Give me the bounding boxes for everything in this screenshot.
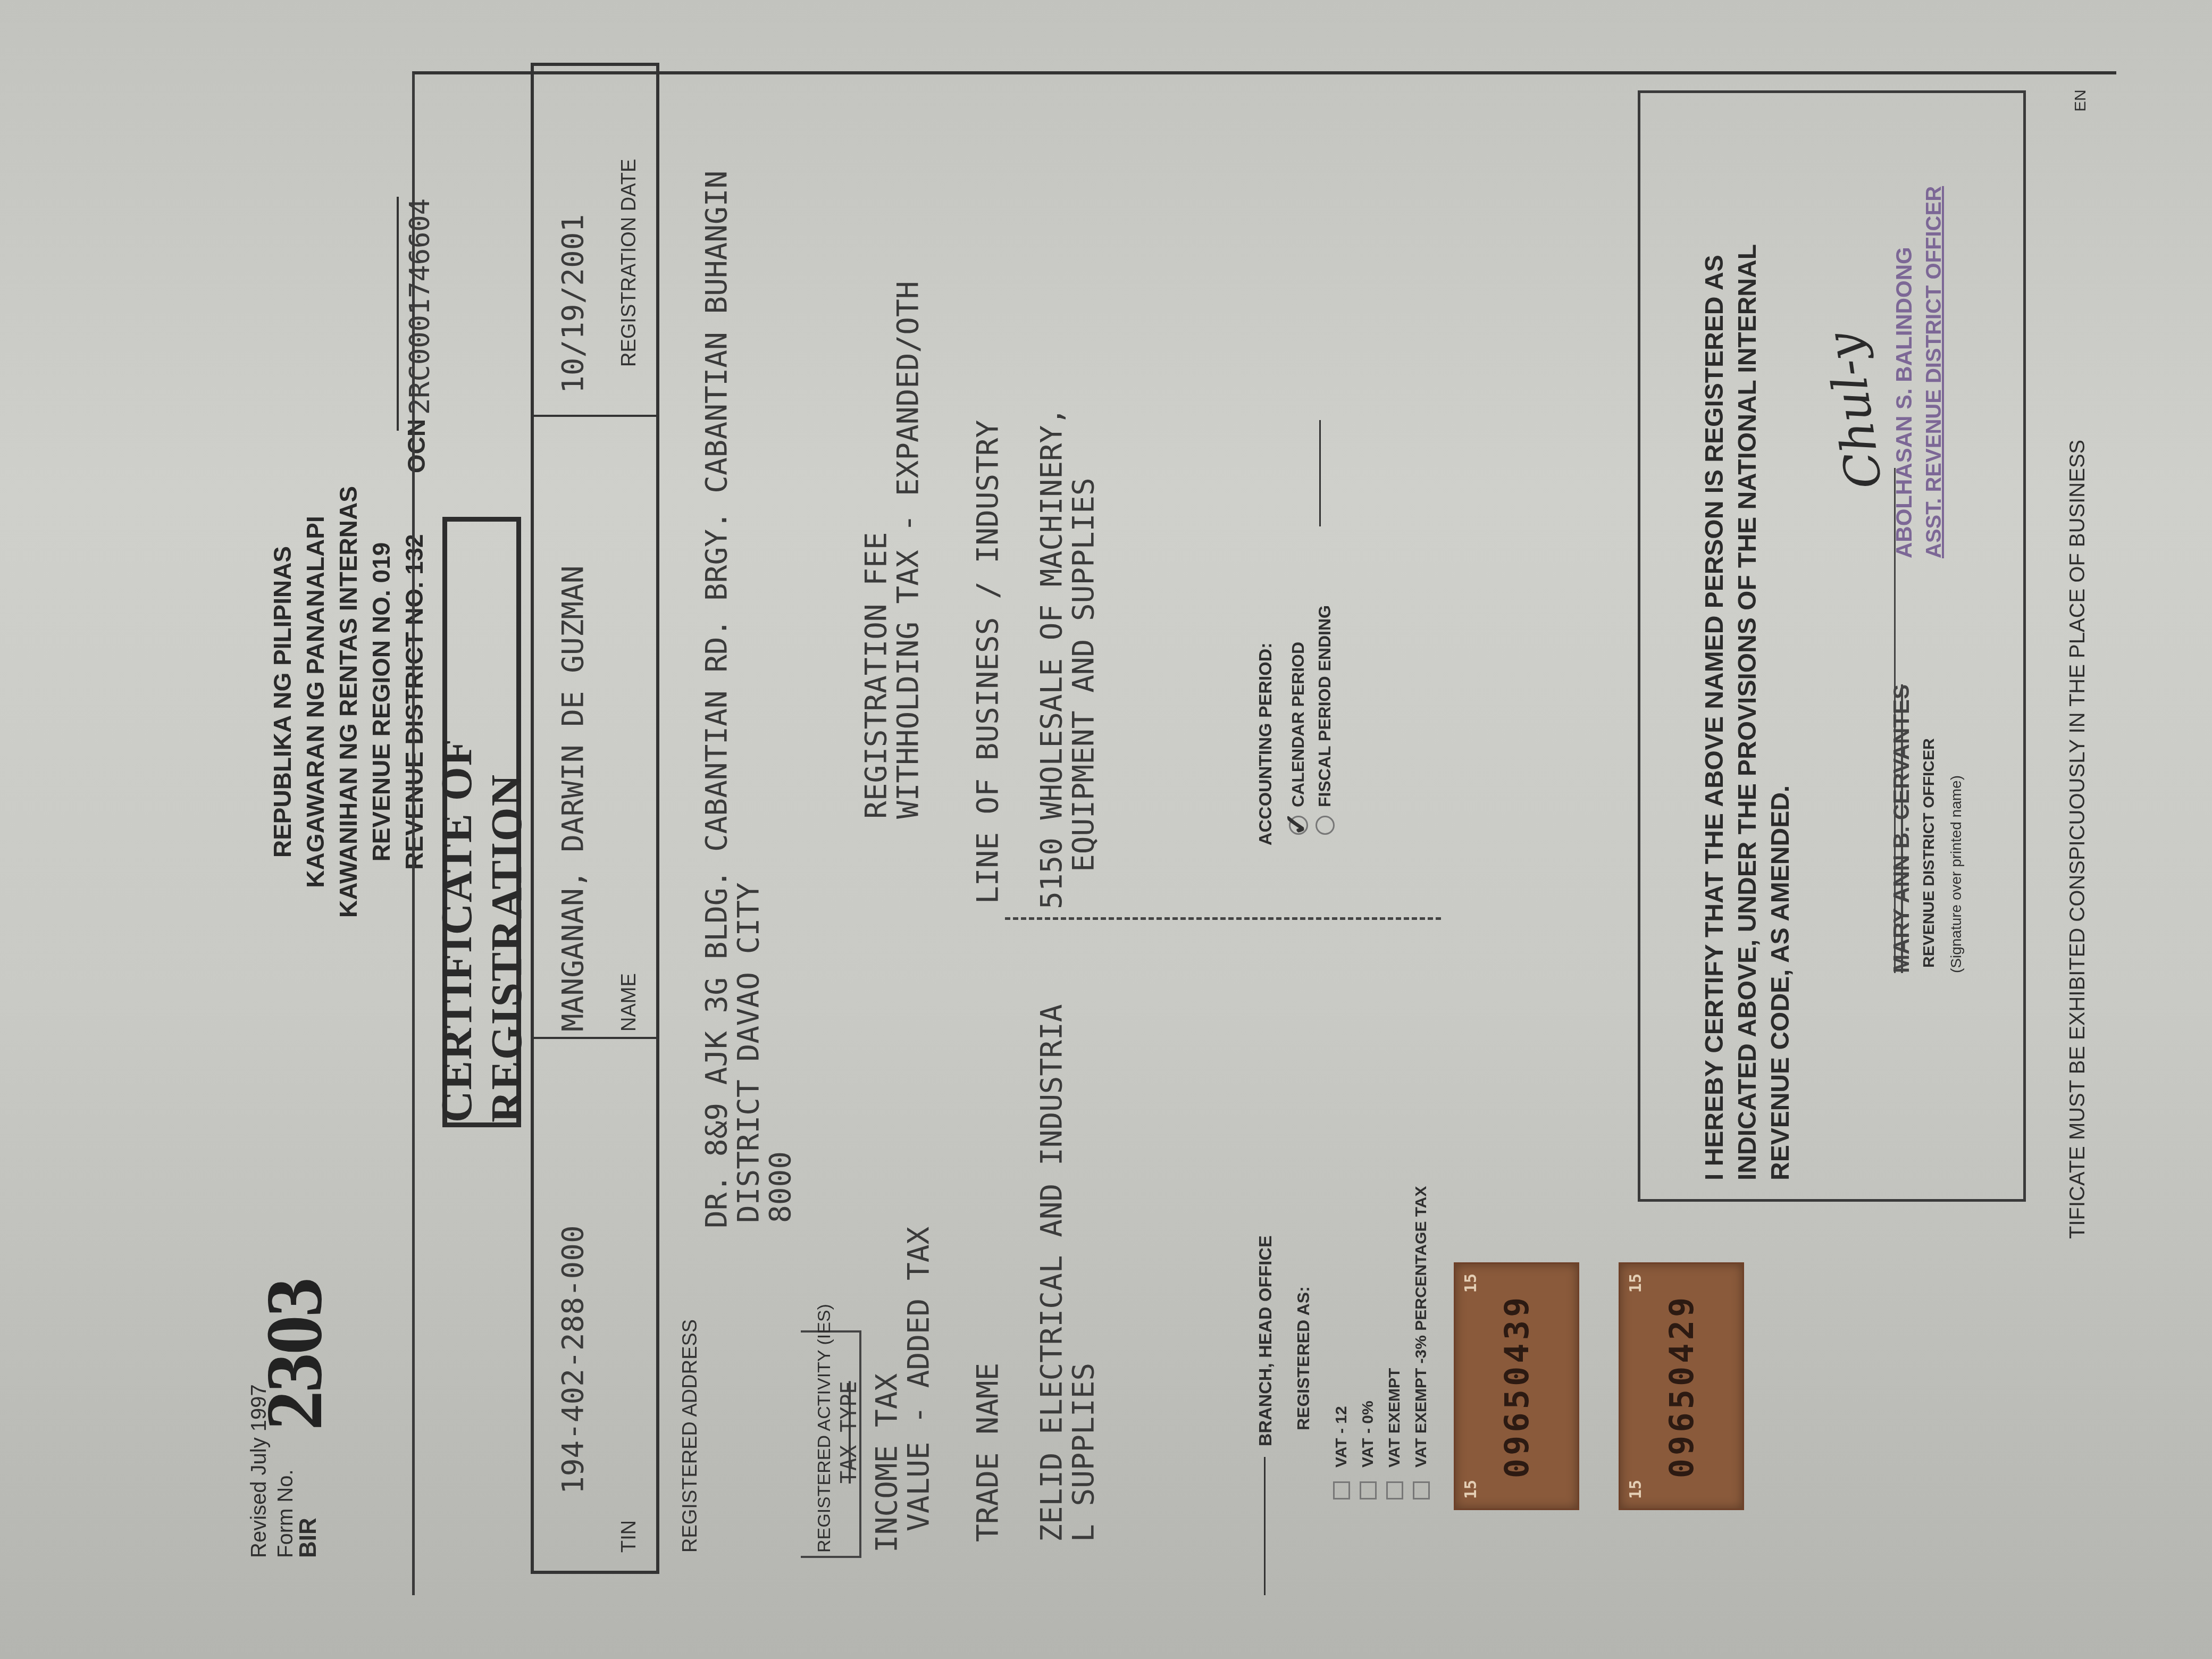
accounting-period-label: ACCOUNTING PERIOD: — [1255, 642, 1276, 845]
trade-name-line: L SUPPLIES — [1066, 1363, 1101, 1542]
trade-name-line: ZELID ELECTRICAL AND INDUSTRIA — [1034, 1004, 1069, 1542]
fiscal-period-label: FISCAL PERIOD ENDING — [1315, 605, 1335, 807]
checkbox[interactable] — [1413, 1481, 1430, 1499]
radio-button[interactable]: ✓ — [1289, 816, 1308, 835]
vat-option[interactable]: VAT - 12 — [1333, 1406, 1351, 1499]
rubber-stamp-name: ABOLHASAN S. BALINDONG — [1891, 247, 1917, 558]
certification-text: I HEREBY CERTIFY THAT THE ABOVE NAMED PE… — [1698, 144, 1797, 1180]
branch-label: BRANCH, HEAD OFFICE — [1255, 1235, 1276, 1446]
registered-address-label: REGISTERED ADDRESS — [679, 1319, 702, 1553]
tax-type-item: INCOME TAX — [869, 1373, 904, 1553]
form-number: 2303 — [249, 1279, 340, 1430]
checkbox[interactable] — [1360, 1481, 1377, 1499]
tax-type-item: VALUE - ADDED TAX — [901, 1227, 936, 1531]
fiscal-period-option[interactable]: FISCAL PERIOD ENDING — [1315, 605, 1335, 835]
vat-option[interactable]: VAT EXEMPT -3% PERCENTAGE TAX — [1412, 1186, 1430, 1500]
checkbox[interactable] — [1333, 1481, 1350, 1499]
address-line: DR. 8&9 AJK 3G BLDG. CABANTIAN RD. BRGY.… — [699, 171, 734, 1228]
vat-option-label: VAT EXEMPT -3% PERCENTAGE TAX — [1412, 1186, 1430, 1468]
branch-underline — [1264, 1457, 1266, 1595]
signature-caption: (Signature over printed name) — [1948, 775, 1965, 973]
tax-type-item: WITHHOLDING TAX - EXPANDED/OTH — [891, 281, 925, 819]
form-no-label: Form No. — [274, 1469, 298, 1558]
ocn-underline — [397, 197, 399, 431]
table-divider — [534, 1037, 656, 1039]
table-divider — [534, 415, 656, 417]
agency-line: KAGAWARAN NG PANANALAPI — [299, 276, 332, 1127]
registered-as-label: REGISTERED AS: — [1294, 1286, 1313, 1430]
tax-type-item: REGISTRATION FEE — [859, 532, 893, 819]
checkbox[interactable] — [1386, 1481, 1403, 1499]
vat-option-label: VAT EXEMPT — [1386, 1368, 1404, 1468]
agency-line: REVENUE REGION NO. 019 — [365, 276, 398, 1127]
tax-type-label: TAX TYPE — [837, 1381, 861, 1484]
certification-box — [1638, 90, 2026, 1202]
documentary-stamp: 15 09650439 15 — [1454, 1262, 1579, 1510]
name-label: NAME — [618, 973, 641, 1032]
agency-line: REPUBLIKA NG PILIPINAS — [266, 276, 299, 1127]
footer-code: EN — [2072, 89, 2090, 112]
tin-label: TIN — [618, 1520, 641, 1553]
stamp-denomination: 15 — [1462, 1480, 1480, 1499]
radio-button[interactable] — [1316, 816, 1335, 835]
address-line: 8000 — [763, 1151, 798, 1223]
dashed-separator — [1005, 917, 1441, 920]
line-of-business-line: EQUIPMENT AND SUPPLIES — [1066, 477, 1101, 872]
address-line: DISTRICT DAVAO CITY — [731, 882, 766, 1223]
officer-name: MARY ANN B. CERVANTES — [1889, 684, 1914, 973]
certificate-document: BIR Form No. Revised July 1997 2303 REPU… — [0, 0, 2212, 1659]
name-value: MANGANAN, DARWIN DE GUZMAN — [556, 565, 590, 1032]
trade-name-label: TRADE NAME — [970, 1363, 1005, 1542]
stamp-denomination: 15 — [1462, 1273, 1480, 1293]
registration-date-value: 10/19/2001 — [556, 214, 590, 393]
stamp-serial: 09650429 — [1662, 1294, 1701, 1479]
stamp-denomination: 15 — [1627, 1480, 1645, 1499]
documentary-stamp: 15 09650429 15 — [1619, 1262, 1744, 1510]
calendar-period-option[interactable]: ✓ CALENDAR PERIOD — [1288, 642, 1308, 835]
vat-option[interactable]: VAT - 0% — [1359, 1401, 1377, 1499]
agency-line: KAWANIHAN NG RENTAS INTERNAS — [332, 276, 365, 1127]
fiscal-period-underline — [1319, 420, 1321, 526]
vat-option-label: VAT - 0% — [1359, 1401, 1377, 1468]
vat-option-label: VAT - 12 — [1333, 1406, 1351, 1468]
footer-note: TIFICATE MUST BE EXHIBITED CONSPICUOUSLY… — [2066, 440, 2090, 1239]
registration-date-label: REGISTRATION DATE — [618, 159, 641, 367]
rubber-stamp-title: ASST. REVENUE DISTRICT OFFICER — [1922, 186, 1946, 558]
checkmark-icon: ✓ — [1279, 811, 1314, 836]
tin-value: 194-402-288-000 — [556, 1225, 590, 1494]
line-of-business-line: 5150 WHOLESALE OF MACHINERY, — [1034, 407, 1069, 909]
stamp-denomination: 15 — [1627, 1273, 1645, 1293]
bir-label: BIR — [295, 1518, 322, 1558]
officer-title: REVENUE DISTRICT OFFICER — [1920, 738, 1938, 968]
stamp-serial: 09650439 — [1497, 1294, 1536, 1479]
line-of-business-label: LINE OF BUSINESS / INDUSTRY — [970, 420, 1005, 904]
calendar-period-label: CALENDAR PERIOD — [1288, 642, 1308, 807]
registered-activity-label: REGISTERED ACTIVITY (IES) — [814, 1304, 835, 1553]
vat-option[interactable]: VAT EXEMPT — [1386, 1368, 1404, 1499]
